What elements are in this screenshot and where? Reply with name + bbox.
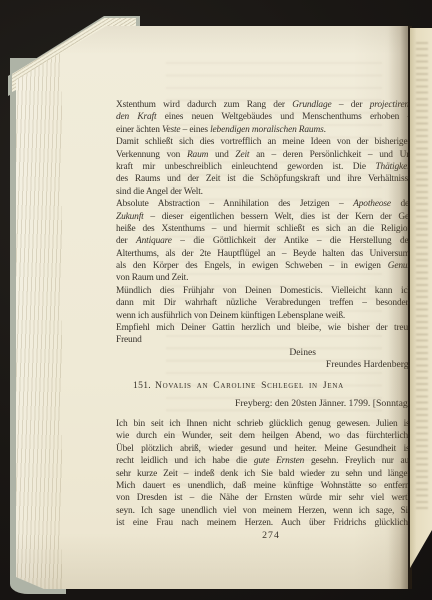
text-line: von Dresden ist – die Nähe der Ernsten w… [116, 492, 412, 504]
text-segment: Übel plötzlich abriß, wieder gesund und … [116, 444, 412, 454]
italic-text-segment: den Kraft [116, 112, 156, 122]
text-segment: heiße des Xstenthums – und hiermit schli… [116, 224, 412, 234]
text-segment: . [324, 125, 326, 135]
text-segment: der [391, 199, 412, 209]
text-segment: der [116, 236, 136, 246]
text-segment: seyn. Ich sage unendlich viel von meinem… [116, 506, 412, 516]
text-line: kraft mir unbeschreiblich einleuchtend g… [116, 161, 412, 173]
text-line: Absolute Abstraction – Annihilation des … [116, 198, 412, 210]
text-line: sind die Angel der Welt. [116, 186, 412, 198]
italic-text-segment: Antiquare [136, 236, 172, 246]
text-line: Freund [116, 334, 412, 346]
letter2-block: Ich bin seit ich Ihnen nicht schrieb glü… [116, 418, 412, 530]
text-line: seyn. Ich sage unendlich viel von meinem… [116, 505, 412, 517]
text-line: Ich bin seit ich Ihnen nicht schrieb glü… [116, 418, 412, 430]
text-line: Alterthums, als der 2te Hauptflügel an –… [116, 248, 412, 260]
letter-dateline: Freyberg: den 20sten Jänner. 1799. [Sonn… [116, 398, 412, 410]
text-line: der Antiquare – die Göttlichkeit der Ant… [116, 235, 412, 247]
text-line: Übel plötzlich abriß, wieder gesund und … [116, 443, 412, 455]
letter-number: 151. [116, 380, 155, 391]
signature-line-name: Freundes Hardenberg. [116, 359, 412, 371]
text-segment: kraft mir unbeschreiblich einleuchtend g… [116, 162, 375, 172]
text-segment: von Dresden ist – die Nähe der Ernsten w… [116, 493, 412, 503]
italic-text-segment: Apotheose [353, 199, 391, 209]
italic-text-segment: Zukunft [116, 212, 144, 222]
text-segment: wenn ich ausführlich von Deinem künftige… [116, 311, 345, 321]
text-line: von Raum und Zeit. [116, 272, 412, 284]
text-line: Empfiehl mich Deiner Gattin herzlich und… [116, 322, 412, 334]
italic-text-segment: lebendigen moralischen Raums [210, 125, 324, 135]
italic-text-segment: Zeit [235, 150, 249, 160]
text-segment: ist eine Frau nach meinem Herzen. Auch ü… [116, 518, 412, 528]
signature-line-deines: Deines [116, 347, 412, 359]
adjacent-page-ghost-text [416, 42, 428, 512]
page-stack-fore-edge [16, 26, 62, 589]
text-line: als den Körper des Engels, in ewigen Sch… [116, 260, 412, 272]
text-line: wenn ich ausführlich von Deinem künftige… [116, 310, 412, 322]
text-line: den Kraft eines neuen Weltgebäudes und M… [116, 111, 412, 123]
text-segment: als den Körper des Engels, in ewigen Sch… [116, 261, 388, 271]
book-photo-scene: Xstenthum wird dadurch zum Rang der Grun… [0, 0, 432, 600]
text-segment: Mündlich dies Frühjahr von Deinen Domest… [116, 286, 412, 296]
text-segment: Mich dauert es unendlich, daß meine künf… [116, 481, 412, 491]
text-line: Mich dauert es unendlich, daß meine künf… [116, 480, 412, 492]
text-line: heiße des Xstenthums – und hiermit schli… [116, 223, 412, 235]
signature-block: Deines Freundes Hardenberg. [116, 347, 412, 372]
text-line: dann mit Dir wahrhaft nüzliche Verabredu… [116, 297, 412, 309]
text-line: Zukunft – dieser eigentlichen bessern We… [116, 211, 412, 223]
text-segment: – eines [180, 125, 210, 135]
text-line: ist eine Frau nach meinem Herzen. Auch ü… [116, 517, 412, 529]
text-line: Mündlich dies Frühjahr von Deinen Domest… [116, 285, 412, 297]
letter-heading: 151.Novalis an Caroline Schlegel in Jena [116, 380, 412, 391]
text-segment: – dieser eigentlichen bessern Welt, dies… [144, 212, 412, 222]
text-segment: Empfiehl mich Deiner Gattin herzlich und… [116, 323, 412, 333]
text-segment: einer ächten [116, 125, 162, 135]
book-page: Xstenthum wird dadurch zum Rang der Grun… [16, 26, 408, 589]
text-segment: – die Göttlichkeit der Antike – die Hers… [172, 236, 412, 246]
text-segment: Alterthums, als der 2te Hauptflügel an –… [116, 249, 412, 259]
italic-text-segment: projectiren- [370, 100, 412, 110]
text-segment: recht leidlich und ich habe die [116, 456, 254, 466]
text-segment: dann mit Dir wahrhaft nüzliche Verabredu… [116, 298, 412, 308]
text-line: des Raums und der Zeit ist die Schöpfung… [116, 173, 412, 185]
italic-text-segment: Genuß [388, 261, 412, 271]
italic-text-segment: Thätigkeit [375, 162, 412, 172]
italic-text-segment: Grundlage [292, 100, 331, 110]
text-segment: sind die Angel der Welt. [116, 187, 203, 197]
italic-text-segment: Raum [187, 150, 208, 160]
text-segment: an – deren Persönlichkeit – und Ur- [249, 150, 412, 160]
text-line: recht leidlich und ich habe die gute Ern… [116, 455, 412, 467]
adjacent-page-edge [410, 28, 432, 568]
text-segment: von Raum und Zeit. [116, 273, 188, 283]
text-line: Damit schließt sich dies vortrefflich an… [116, 136, 412, 148]
text-segment: Freund [116, 335, 142, 345]
text-segment: Verkennung von [116, 150, 187, 160]
text-segment: Damit schließt sich dies vortrefflich an… [116, 137, 412, 147]
text-line: einer ächten Veste – eines lebendigen mo… [116, 124, 412, 136]
text-segment: – der [332, 100, 370, 110]
text-line: sehr kurze Zeit – indeß denk ich Sie bal… [116, 468, 412, 480]
text-segment: Xstenthum wird dadurch zum Rang der [116, 100, 292, 110]
letter-title: Novalis an Caroline Schlegel in Jena [155, 380, 344, 391]
text-segment: sehr kurze Zeit – indeß denk ich Sie bal… [116, 469, 412, 479]
italic-text-segment: gute Ernsten [254, 456, 304, 466]
text-line: wie durch ein Wunder, seit dem heilgen A… [116, 430, 412, 442]
text-segment: und [208, 150, 235, 160]
text-line: Xstenthum wird dadurch zum Rang der Grun… [116, 99, 412, 111]
text-line: Verkennung von Raum und Zeit an – deren … [116, 149, 412, 161]
text-segment: Absolute Abstraction – Annihilation des … [116, 199, 353, 209]
text-segment: wie durch ein Wunder, seit dem heilgen A… [116, 431, 412, 441]
text-segment: Ich bin seit ich Ihnen nicht schrieb glü… [116, 419, 412, 429]
text-segment: des Raums und der Zeit ist die Schöpfung… [116, 174, 412, 184]
letter1-block: Xstenthum wird dadurch zum Rang der Grun… [116, 99, 412, 347]
text-segment: gesehn. Freylich nur auf [304, 456, 412, 466]
page-number: 274 [116, 530, 412, 542]
text-segment: eines neuen Weltgebäudes und Menschenthu… [156, 112, 412, 122]
italic-text-segment: Veste [162, 125, 181, 135]
